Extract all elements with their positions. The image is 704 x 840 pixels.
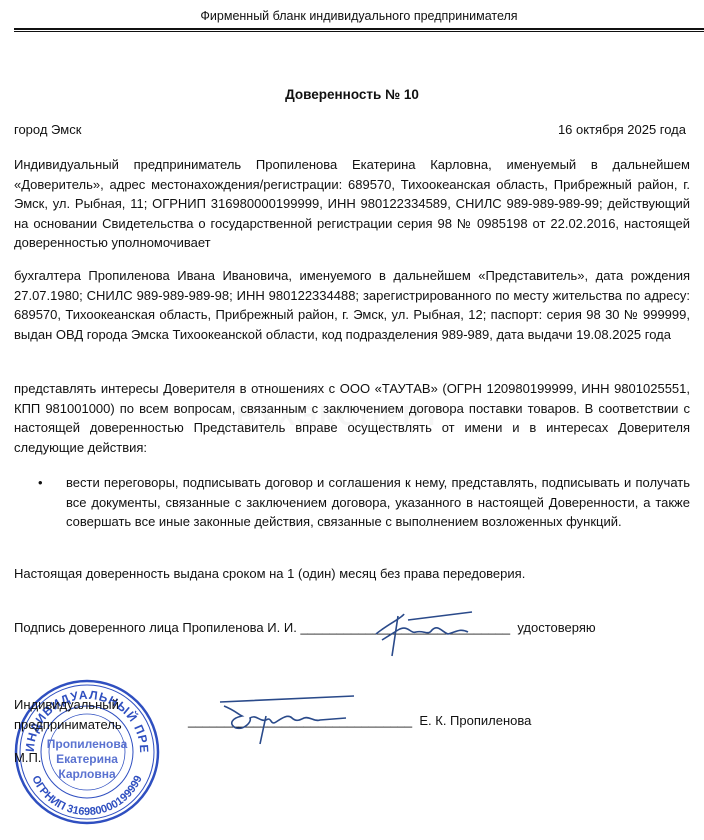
paragraph-principal: Индивидуальный предприниматель Пропилено…	[14, 155, 690, 253]
paragraph-scope: представлять интересы Доверителя в отнош…	[14, 379, 690, 457]
principal-title-line1: Индивидуальный	[14, 697, 119, 712]
paragraph-representative: бухгалтера Пропиленова Ивана Ивановича, …	[14, 266, 690, 344]
bullet-icon: •	[38, 473, 43, 493]
representative-signature-label: Подпись доверенного лица Пропиленова И. …	[14, 620, 297, 635]
svg-text:Карловна: Карловна	[58, 767, 116, 781]
representative-signature-row: Подпись доверенного лица Пропиленова И. …	[14, 620, 596, 635]
document-city: город Эмск	[14, 122, 81, 137]
validity-term: Настоящая доверенность выдана сроком на …	[14, 566, 525, 581]
list-item: вести переговоры, подписывать договор и …	[66, 473, 690, 532]
svg-text:Пропиленова: Пропиленова	[47, 737, 128, 751]
seal-label: М.П.	[14, 750, 41, 765]
certify-text: удостоверяю	[510, 620, 596, 635]
principal-name: Е. К. Пропиленова	[412, 713, 531, 728]
document-date: 16 октября 2025 года	[558, 122, 686, 137]
principal-signature-icon	[214, 692, 374, 746]
document-title: Доверенность № 10	[0, 87, 704, 102]
principal-title-line2: предприниматель	[14, 717, 122, 732]
letterhead-divider	[14, 28, 704, 32]
representative-signature-icon	[368, 610, 483, 658]
letterhead-title: Фирменный бланк индивидуального предприн…	[14, 9, 704, 23]
svg-text:Екатерина: Екатерина	[56, 752, 118, 766]
